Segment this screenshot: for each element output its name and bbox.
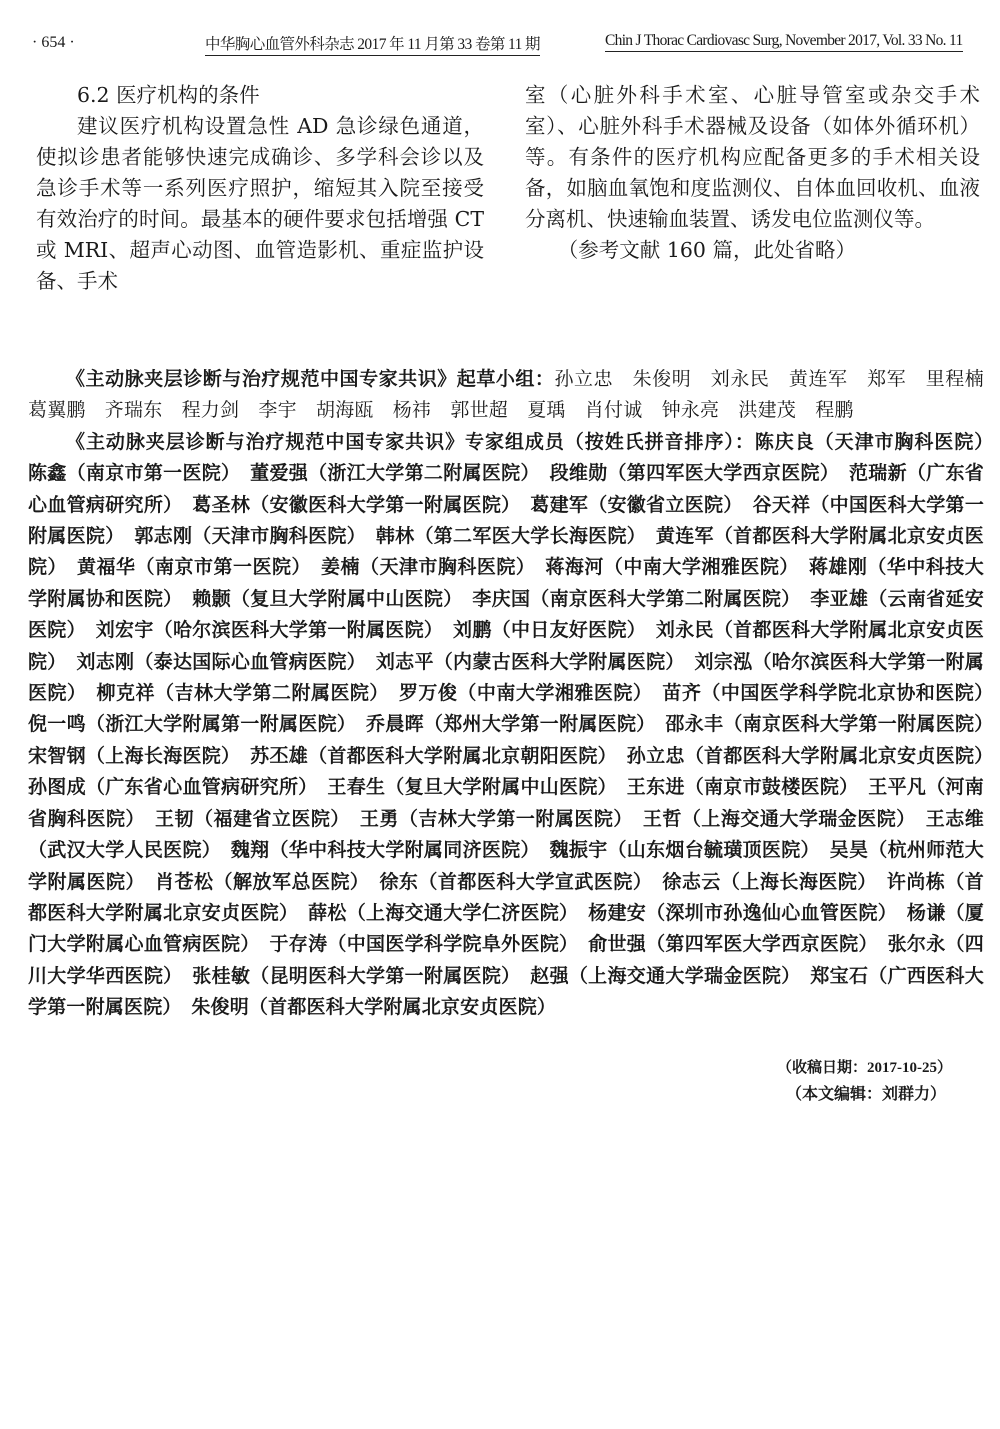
expert-member: 王东进（南京市鼓楼医院） [627,776,849,798]
expert-member: 葛圣林（安徽医科大学第一附属医院） [192,494,511,516]
left-column: 6.2 医疗机构的条件 建议医疗机构设置急性 AD 急诊绿色通道，使拟诊患者能够… [36,80,484,297]
expert-member: 王韧（福建省立医院） [155,808,340,830]
credits-block: 《主动脉夹层诊断与治疗规范中国专家共识》起草小组：孙立忠 朱俊明 刘永民 黄连军… [28,364,984,1024]
drafting-group-title: 《主动脉夹层诊断与治疗规范中国专家共识》起草小组： [66,368,554,390]
expert-member: 刘志刚（泰达国际心血管病医院） [76,651,356,673]
expert-member: 赖颢（复旦大学附属中山医院） [192,588,453,610]
expert-member: 杨建安（深圳市孙逸仙心血管医院） [588,902,887,924]
references-note: （参考文献 160 篇，此处省略） [525,235,980,266]
expert-member: 于存涛（中国医学科学院阜外医院） [269,933,568,955]
drafting-group: 《主动脉夹层诊断与治疗规范中国专家共识》起草小组：孙立忠 朱俊明 刘永民 黄连军… [28,364,984,427]
expert-member: 朱俊明（首都医科大学附属北京安贞医院） [191,996,556,1018]
expert-member: 罗万俊（中南大学湘雅医院） [399,682,643,704]
expert-member: 孙图成（广东省心血管病研究所） [28,776,308,798]
expert-group-members: 陈庆良（天津市胸科医院） 陈鑫（南京市第一医院） 董爱强（浙江大学第二附属医院）… [28,431,1000,1018]
body-paragraph-left: 建议医疗机构设置急性 AD 急诊绿色通道，使拟诊患者能够快速完成确诊、多学科会诊… [36,111,484,297]
journal-title-chinese: 中华胸心血管外科杂志 2017 年 11 月第 33 卷第 11 期 [205,32,540,56]
expert-member: 魏翔（华中科技大学附属同济医院） [231,839,530,861]
expert-member: 王勇（吉林大学第一附属医院） [360,808,623,830]
expert-member: 魏振宇（山东烟台毓璜顶医院） [550,839,811,861]
expert-member: 葛建军（安徽省立医院） [530,494,733,516]
expert-member: 姜楠（天津市胸科医院） [321,556,526,578]
expert-member: 王哲（上海交通大学瑞金医院） [643,808,906,830]
expert-member: 孙立忠（首都医科大学附属北京安贞医院） [627,745,984,767]
expert-group-title: 《主动脉夹层诊断与治疗规范中国专家共识》专家组成员（按姓氏拼音排序）： [66,431,755,453]
expert-member: 倪一鸣（浙江大学附属第一附属医院） [28,713,347,735]
right-column: 室（心脏外科手术室、心脏导管室或杂交手术室）、心脏外科手术器械及设备（如体外循环… [525,80,980,266]
expert-member: 陈庆良（天津市胸科医院） [755,431,984,453]
expert-member: 董爱强（浙江大学第二附属医院） [250,462,530,484]
expert-member: 蒋海河（中南大学湘雅医院） [545,556,789,578]
expert-member: 苗齐（中国医学科学院北京协和医院） [662,682,984,704]
expert-member: 陈鑫（南京市第一医院） [28,462,231,484]
expert-group: 《主动脉夹层诊断与治疗规范中国专家共识》专家组成员（按姓氏拼音排序）：陈庆良（天… [28,427,984,1024]
received-date: （收稿日期：2017-10-25） [777,1056,952,1077]
expert-member: 王春生（复旦大学附属中山医院） [327,776,607,798]
expert-member: 黄福华（南京市第一医院） [77,556,301,578]
expert-member: 郭志刚（天津市胸科医院） [134,525,356,547]
expert-member: 柳克祥（吉林大学第二附属医院） [97,682,380,704]
expert-member: 薛松（上海交通大学仁济医院） [308,902,569,924]
expert-member: 刘宏宇（哈尔滨医科大学第一附属医院） [96,619,434,641]
expert-member: 邵永丰（南京医科大学第一附属医院） [665,713,984,735]
expert-member: 赵强（上海交通大学瑞金医院） [530,965,791,987]
expert-member: 刘鹏（中日友好医院） [453,619,637,641]
expert-member: 乔晨晖（郑州大学第一附属医院） [366,713,646,735]
running-header: · 654 · 中华胸心血管外科杂志 2017 年 11 月第 33 卷第 11… [0,28,1000,58]
body-paragraph-right: 室（心脏外科手术室、心脏导管室或杂交手术室）、心脏外科手术器械及设备（如体外循环… [525,80,980,235]
expert-member: 刘志平（内蒙古医科大学附属医院） [376,651,675,673]
editor-note: （本文编辑：刘群力） [786,1081,946,1104]
expert-member: 段维勋（第四军医大学西京医院） [550,462,830,484]
expert-member: 徐东（首都医科大学宣武医院） [379,871,642,893]
expert-member: 俞世强（第四军医大学西京医院） [588,933,868,955]
expert-member: 徐志云（上海长海医院） [662,871,867,893]
section-heading: 6.2 医疗机构的条件 [36,80,484,111]
journal-title-english: Chin J Thorac Cardiovasc Surg, November … [605,32,963,52]
expert-member: 李庆国（南京医科大学第二附属医院） [472,588,791,610]
expert-member: 张桂敏（昆明医科大学第一附属医院） [192,965,511,987]
expert-member: 宋智钢（上海长海医院） [28,745,231,767]
page-number: · 654 · [32,34,75,52]
expert-member: 肖苍松（解放军总医院） [155,871,360,893]
expert-member: 苏丕雄（首都医科大学附属北京朝阳医院） [250,745,607,767]
expert-member: 韩林（第二军医大学长海医院） [376,525,637,547]
